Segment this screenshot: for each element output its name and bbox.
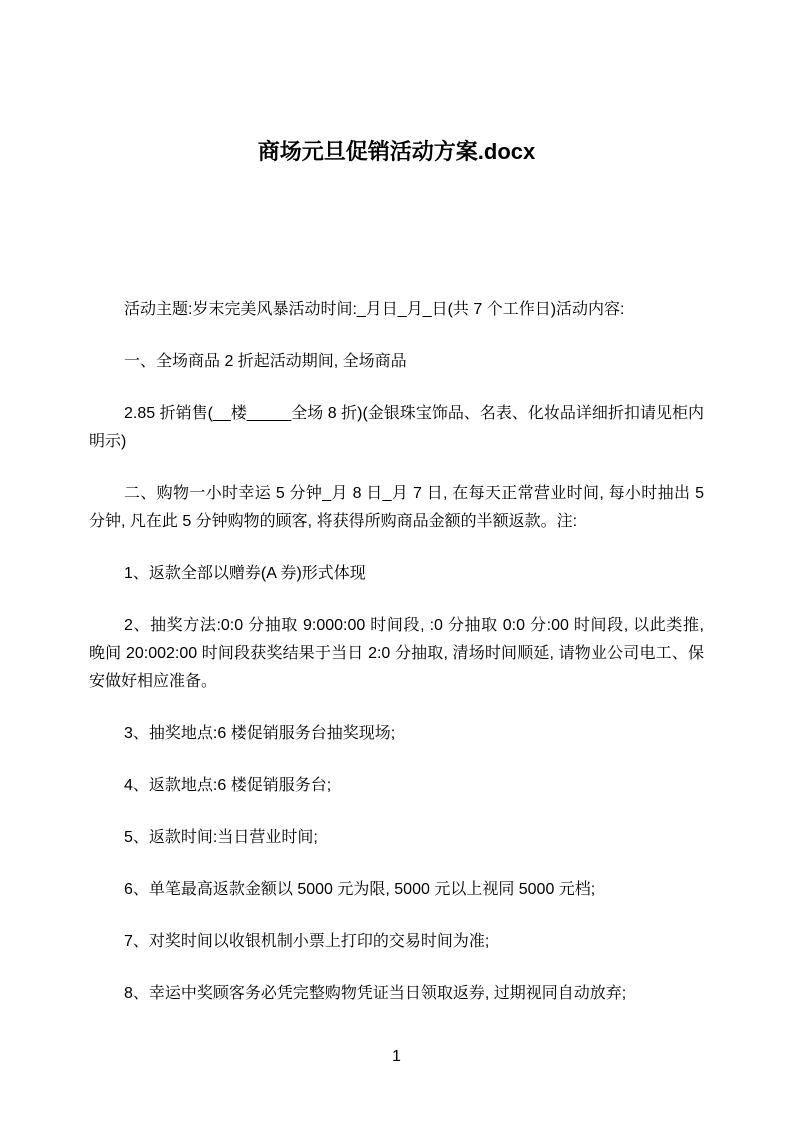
paragraph-note-4: 4、返款地点:6 楼促销服务台; xyxy=(89,772,704,800)
paragraph-discount-details: 2.85 折销售(__楼_____全场 8 折)(金银珠宝饰品、名表、化妆品详细… xyxy=(89,400,704,456)
paragraph-section-2: 二、购物一小时幸运 5 分钟_月 8 日_月 7 日, 在每天正常营业时间, 每… xyxy=(89,480,704,536)
paragraph-activity-theme: 活动主题:岁末完美风暴活动时间:_月日_月_日(共 7 个工作日)活动内容: xyxy=(89,296,704,324)
page-number: 1 xyxy=(0,1048,793,1066)
paragraph-note-3: 3、抽奖地点:6 楼促销服务台抽奖现场; xyxy=(89,720,704,748)
document-page: 商场元旦促销活动方案.docx 活动主题:岁末完美风暴活动时间:_月日_月_日(… xyxy=(0,0,793,1122)
page-title: 商场元旦促销活动方案.docx xyxy=(89,137,704,167)
document-content: 商场元旦促销活动方案.docx 活动主题:岁末完美风暴活动时间:_月日_月_日(… xyxy=(0,0,793,1008)
paragraph-section-1: 一、全场商品 2 折起活动期间, 全场商品 xyxy=(89,348,704,376)
paragraph-note-2: 2、抽奖方法:0:0 分抽取 9:000:00 时间段, :0 分抽取 0:0 … xyxy=(89,612,704,696)
paragraph-note-8: 8、幸运中奖顾客务必凭完整购物凭证当日领取返券, 过期视同自动放弃; xyxy=(89,980,704,1008)
paragraph-note-7: 7、对奖时间以收银机制小票上打印的交易时间为准; xyxy=(89,928,704,956)
paragraph-note-1: 1、返款全部以赠券(A 券)形式体现 xyxy=(89,560,704,588)
paragraph-note-5: 5、返款时间:当日营业时间; xyxy=(89,824,704,852)
paragraph-note-6: 6、单笔最高返款金额以 5000 元为限, 5000 元以上视同 5000 元档… xyxy=(89,876,704,904)
